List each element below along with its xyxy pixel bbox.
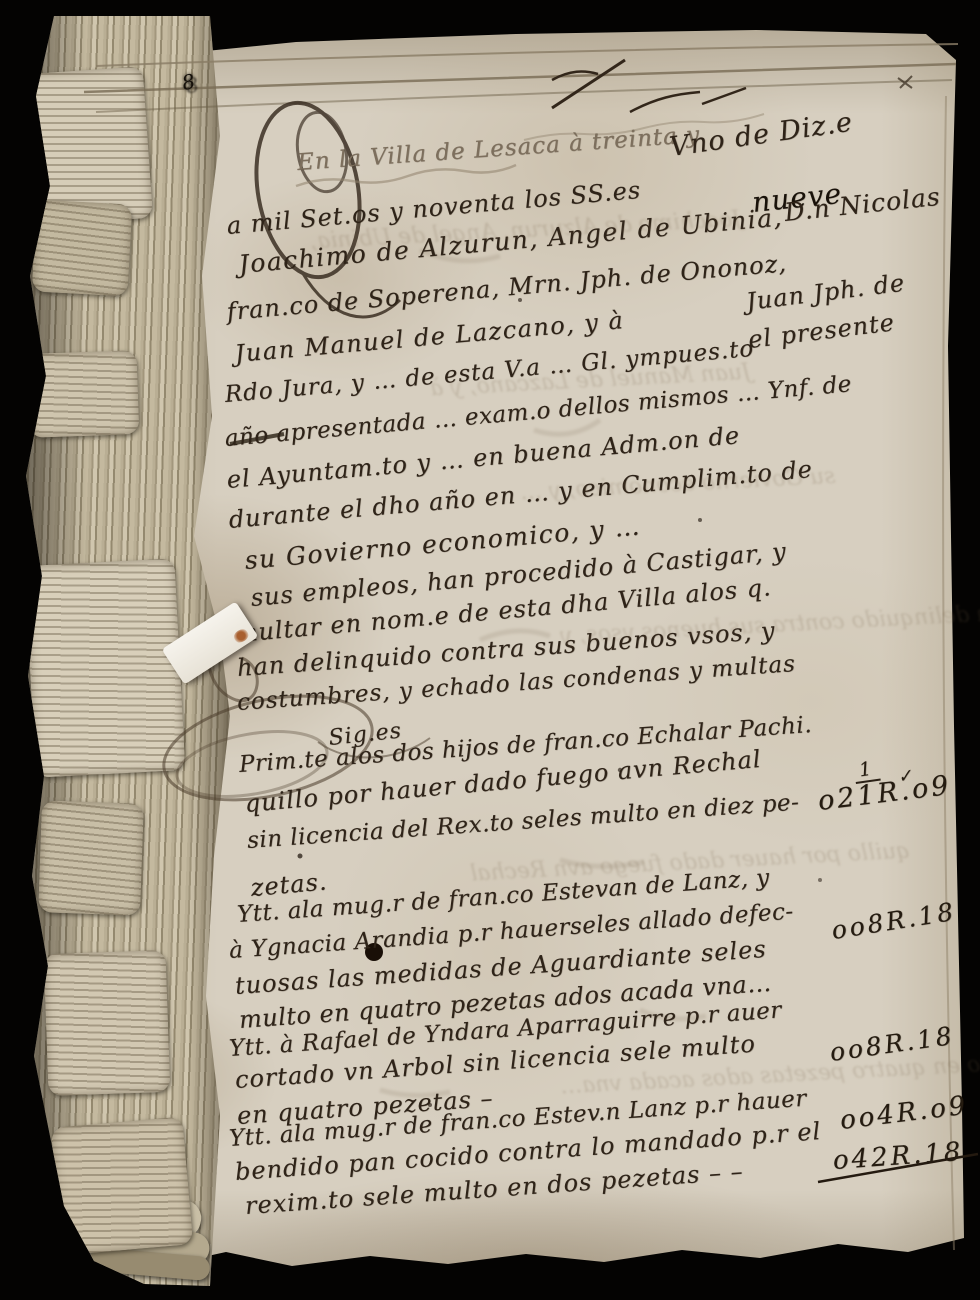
margin-amount-total: o42R.18 [832, 1137, 964, 1176]
manuscript-line: En la Villa de Lesaca à treinta y [296, 122, 701, 176]
margin-amount-entry1: o21R.o9 [816, 770, 953, 817]
margin-amount-entry4: oo4R.o9 [838, 1091, 970, 1136]
page-corner-mark: 8 [180, 69, 197, 95]
manuscript-line: Vno de Diz.e [668, 107, 855, 163]
handwriting-layer: 8 1 ✓ o21R.o9 oo8R.18 oo8R.18 oo4R.o9 o4… [0, 0, 980, 1300]
margin-amount-entry2: oo8R.18 [829, 897, 958, 945]
manuscript-photo: 8 1 ✓ o21R.o9 oo8R.18 oo8R.18 oo4R.o9 o4… [0, 0, 980, 1300]
manuscript-line: el presente [747, 308, 897, 354]
